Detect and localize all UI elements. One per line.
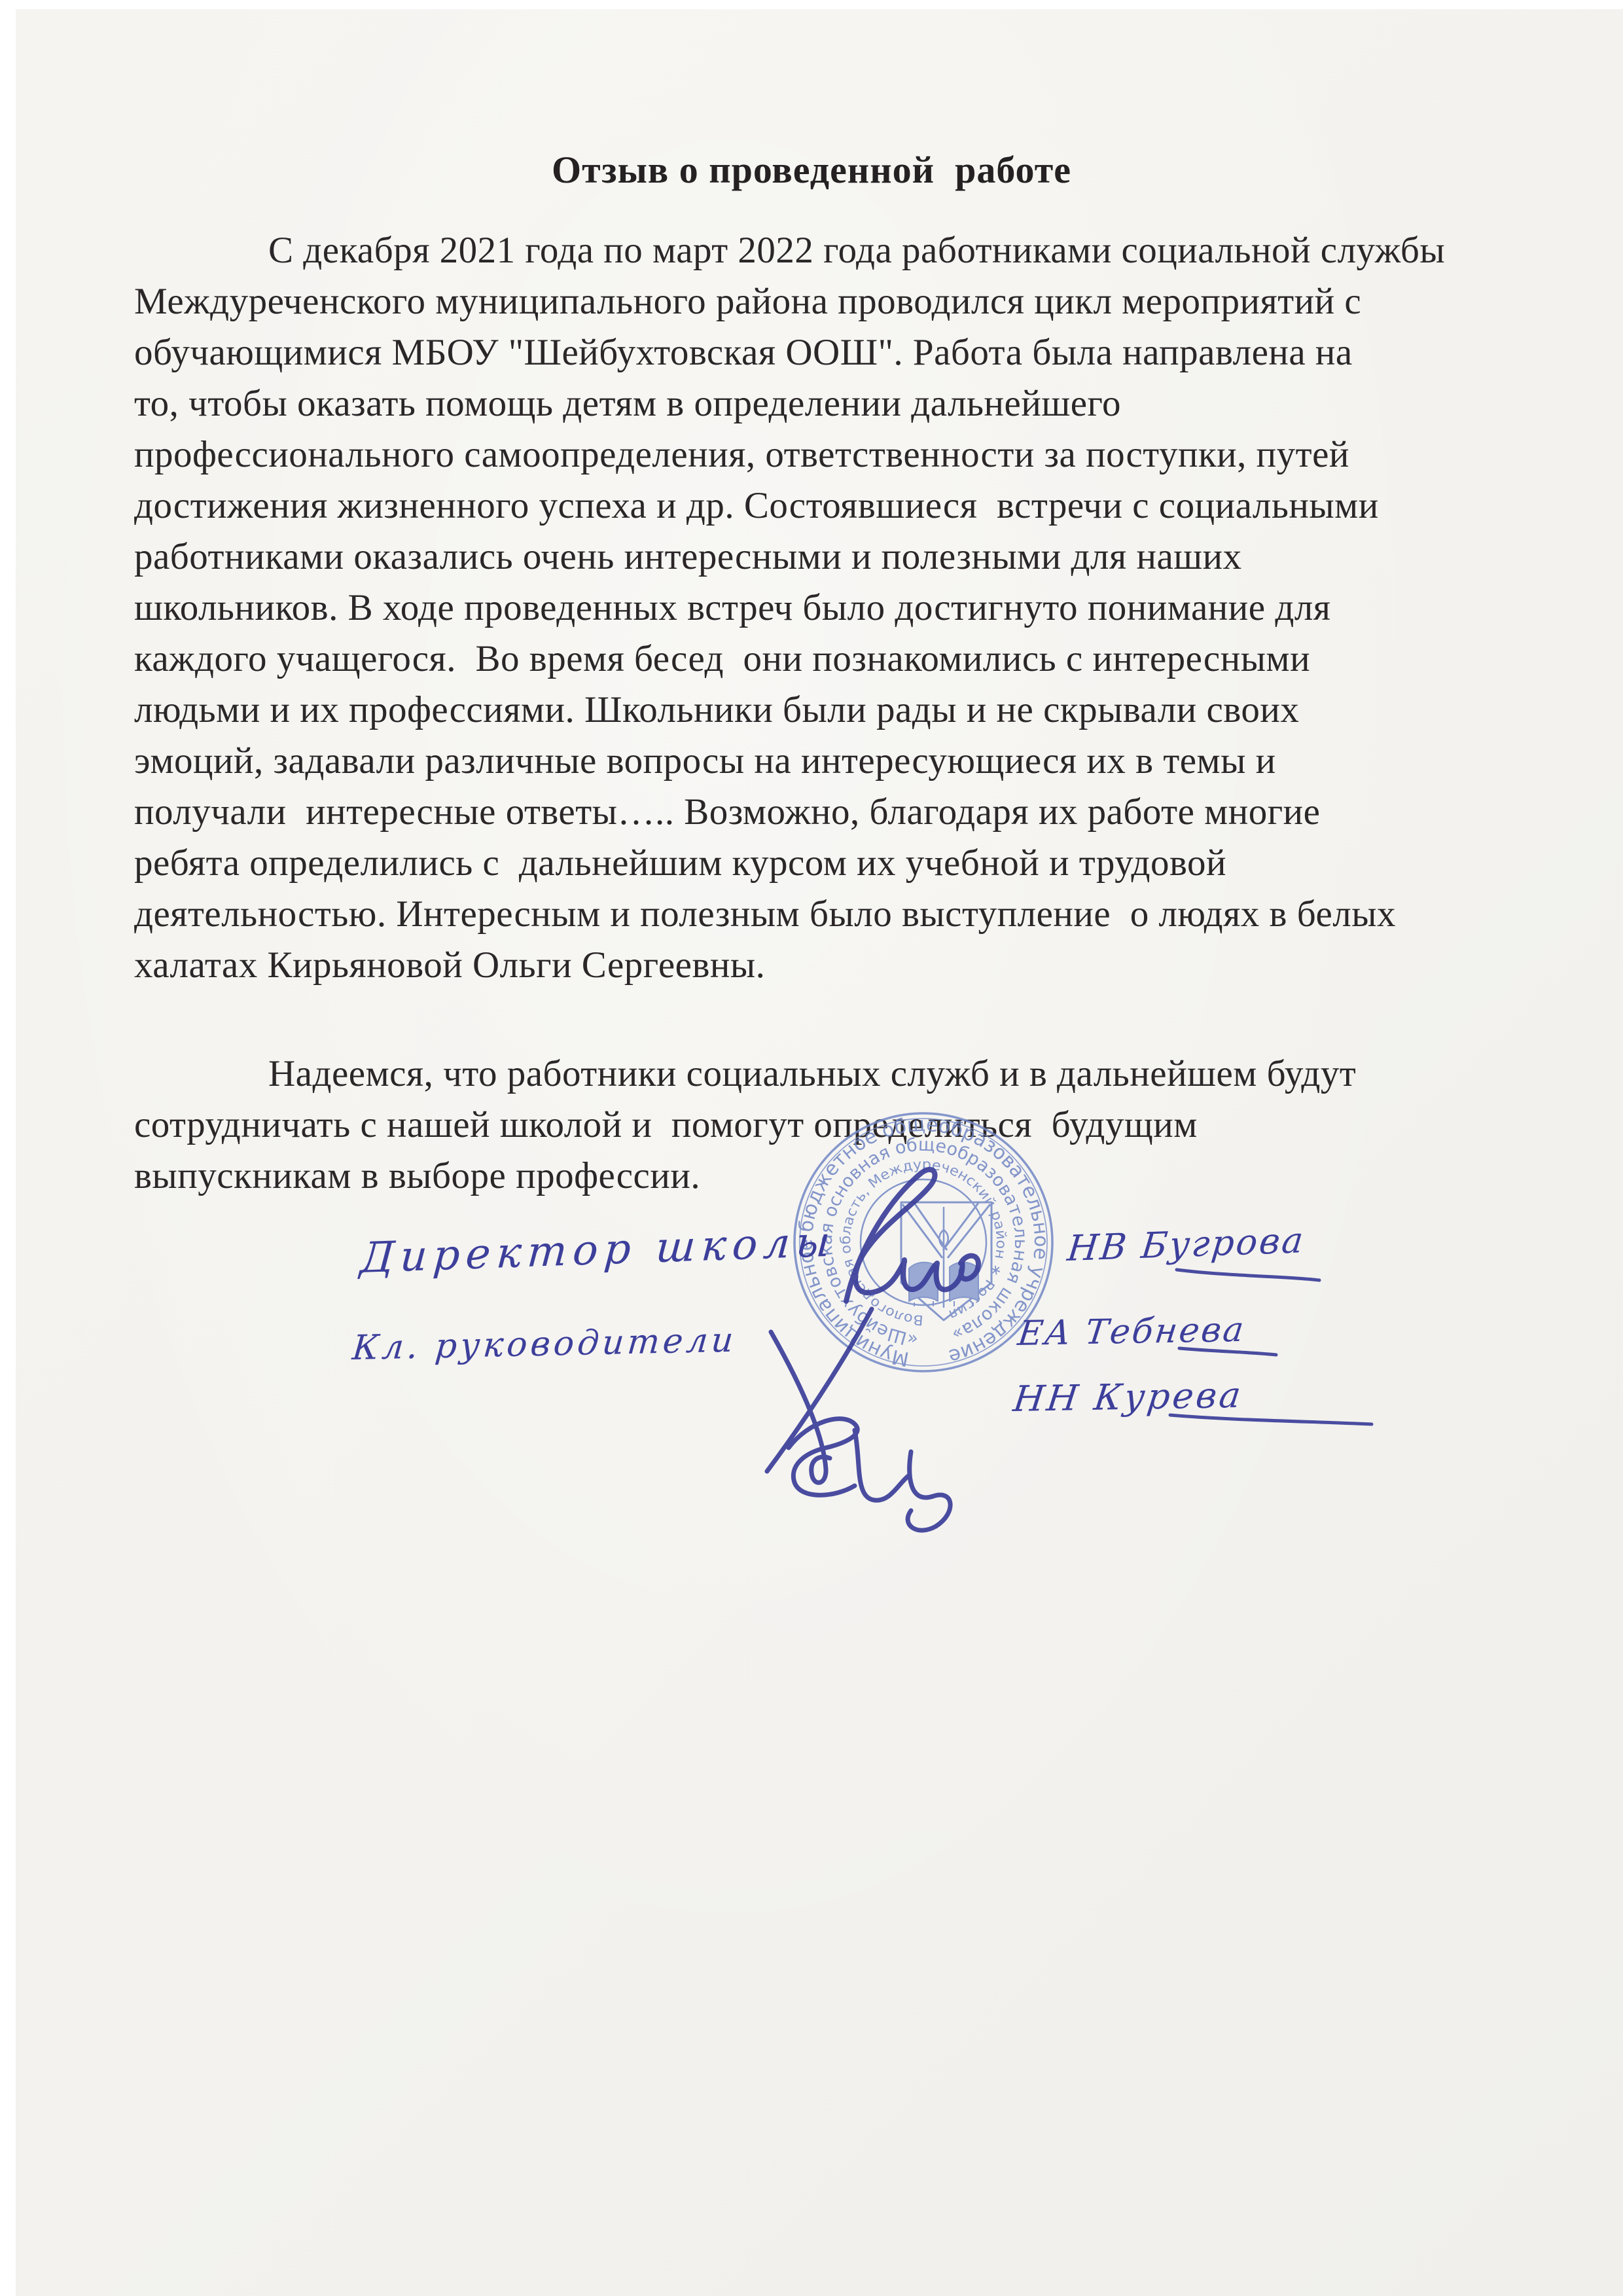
text-line: людьми и их профессиями. Школьники были …	[134, 685, 1561, 736]
text-line: Междуреченского муниципального района пр…	[134, 276, 1561, 327]
emblem-book-right	[950, 1263, 978, 1301]
text-line: С декабря 2021 года по март 2022 года ра…	[134, 225, 1561, 276]
text-line: достижения жизненного успеха и др. Состо…	[134, 480, 1561, 531]
text-line: то, чтобы оказать помощь детям в определ…	[134, 378, 1561, 429]
emblem-rays	[902, 1203, 990, 1258]
text-line: школьников. В ходе проведенных встреч бы…	[134, 583, 1561, 634]
handwritten-name-director: НВ Бугрова	[1065, 1219, 1307, 1269]
emblem-book-left	[909, 1263, 938, 1301]
text-line: Надеемся, что работники социальных служб…	[134, 1049, 1561, 1100]
handwritten-name-class-teacher-2: НН Курева	[1011, 1374, 1245, 1420]
scanned-document-page: Отзыв о проведенной работе С декабря 202…	[0, 0, 1623, 2296]
paragraph-1: С декабря 2021 года по март 2022 года ра…	[134, 225, 1561, 991]
scan-edge-top	[0, 0, 1623, 9]
text-line: работниками оказались очень интересными …	[134, 531, 1561, 583]
text-line: профессионального самоопределения, ответ…	[134, 429, 1561, 480]
text-line: халатах Кирьяновой Ольги Сергеевны.	[134, 940, 1561, 991]
scan-edge-left	[0, 0, 16, 2296]
signature-underline-3	[1170, 1415, 1372, 1424]
class-teacher-signature-2	[789, 1419, 950, 1530]
document-title: Отзыв о проведенной работе	[0, 148, 1623, 192]
handwritten-name-class-teacher-1: ЕА Тебнева	[1016, 1310, 1248, 1354]
text-line: ребята определились с дальнейшим курсом …	[134, 838, 1561, 889]
text-line: деятельностью. Интересным и полезным был…	[134, 889, 1561, 940]
signature-underline-1	[1177, 1270, 1319, 1280]
text-line: обучающимися МБОУ "Шейбухтовская ООШ". Р…	[134, 327, 1561, 378]
handwritten-role-director: Директор школы	[359, 1217, 838, 1283]
text-line: получали интересные ответы….. Возможно, …	[134, 787, 1561, 838]
text-line: эмоций, задавали различные вопросы на ин…	[134, 736, 1561, 787]
text-line: каждого учащегося. Во время бесед они по…	[134, 634, 1561, 685]
handwritten-role-class-teachers: Кл. руководители	[351, 1321, 738, 1368]
